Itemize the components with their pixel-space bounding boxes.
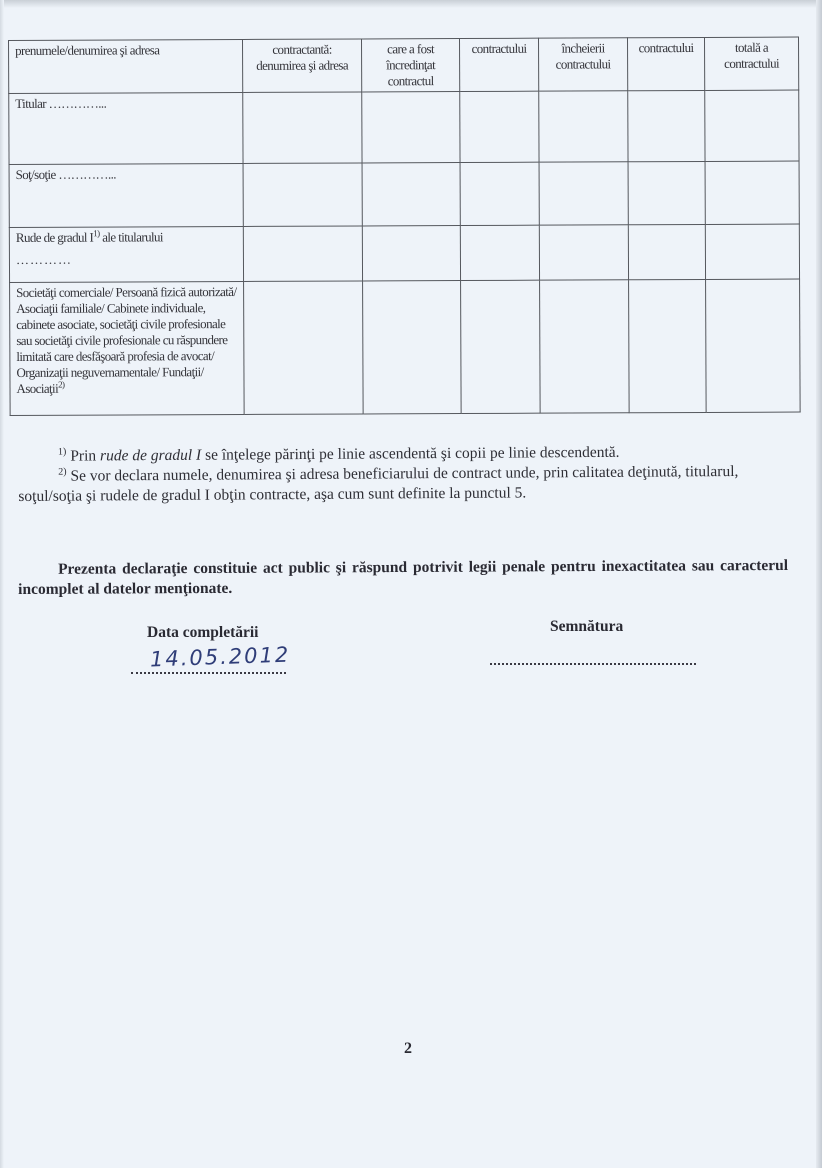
signature-dotted-line bbox=[490, 663, 696, 665]
footnote-2: 2) Se vor declara numele, denumirea şi a… bbox=[18, 462, 798, 507]
table-cell bbox=[244, 281, 364, 415]
footnote-ref-2: 2) bbox=[58, 379, 64, 389]
footnote-2-text: Se vor declara numele, denumirea şi adre… bbox=[18, 463, 738, 505]
row-label-relatives: Rude de gradul I1) ale titularului ………… bbox=[9, 226, 243, 282]
header-contract-type: contractului bbox=[459, 38, 538, 91]
header-conclusion-date: încheierii contractului bbox=[538, 38, 627, 91]
table-cell bbox=[539, 91, 628, 162]
date-label: Data completării bbox=[147, 624, 258, 642]
table-cell bbox=[628, 90, 705, 161]
footnote-1-prefix: Prin bbox=[66, 447, 100, 464]
table-cell bbox=[460, 91, 539, 162]
footnotes: 1) Prin rude de gradul I se înţelege păr… bbox=[18, 442, 798, 507]
table-cell bbox=[540, 280, 630, 413]
table-cell bbox=[460, 225, 539, 280]
row-label-companies: Societăţi comerciale/ Persoană fizică au… bbox=[10, 281, 245, 415]
table-cell bbox=[539, 162, 628, 225]
table-cell bbox=[243, 163, 362, 227]
table-cell bbox=[362, 226, 460, 281]
footnote-1-term: rude de gradul I bbox=[100, 447, 201, 465]
footnote-1-suffix: se înţelege părinţi pe linie ascendentă … bbox=[201, 444, 619, 464]
table-cell bbox=[243, 92, 362, 164]
table-cell bbox=[705, 224, 799, 279]
table-row: Soţ/soţie …………... bbox=[9, 161, 799, 227]
legal-declaration: Prezenta declaraţie constituie act publi… bbox=[18, 556, 788, 600]
table-cell bbox=[460, 162, 539, 225]
signature-label: Semnătura bbox=[550, 618, 623, 636]
table-cell bbox=[705, 161, 799, 224]
page-number: 2 bbox=[404, 1040, 412, 1058]
date-value-handwritten: 14.05.2012 bbox=[150, 643, 291, 672]
table-cell bbox=[628, 161, 705, 224]
relatives-label: Rude de gradul I bbox=[16, 230, 93, 245]
scan-edge-left bbox=[0, 0, 4, 1168]
table-row: Titular …………... bbox=[9, 90, 799, 164]
header-beneficiary: prenumele/denumirea şi adresa bbox=[9, 39, 243, 93]
table-cell bbox=[629, 279, 707, 412]
companies-label: Societăţi comerciale/ Persoană fizică au… bbox=[16, 284, 236, 396]
header-total-value: totală a contractului bbox=[704, 37, 798, 90]
row-label-titular: Titular …………... bbox=[9, 92, 243, 164]
header-contracting-institution: contractantă: denumirea şi adresa bbox=[242, 39, 361, 93]
contracts-table: prenumele/denumirea şi adresa contractan… bbox=[8, 37, 801, 416]
table-cell bbox=[363, 281, 462, 414]
table-cell bbox=[539, 225, 628, 280]
row-label-spouse: Soţ/soţie …………... bbox=[9, 163, 243, 227]
table-row: Societăţi comerciale/ Persoană fizică au… bbox=[10, 279, 801, 415]
table-row: Rude de gradul I1) ale titularului ………… bbox=[9, 224, 799, 282]
table-cell bbox=[461, 280, 541, 413]
relatives-label-suffix: ale titularului bbox=[100, 229, 163, 244]
scan-edge-top bbox=[0, 0, 822, 8]
relatives-dots: ………… bbox=[16, 251, 237, 268]
table-cell bbox=[706, 279, 801, 412]
table-cell bbox=[243, 226, 362, 282]
table-cell bbox=[628, 224, 705, 279]
table-cell bbox=[705, 90, 799, 161]
scan-edge-right bbox=[816, 0, 822, 1168]
date-dotted-line bbox=[131, 672, 286, 674]
table-cell bbox=[362, 92, 460, 163]
declaration-text: Prezenta declaraţie constituie act publi… bbox=[18, 556, 788, 600]
table-header-row: prenumele/denumirea şi adresa contractan… bbox=[9, 37, 799, 93]
header-contract-duration: contractului bbox=[627, 37, 704, 90]
header-procedure: care a fost încredinţat contractul bbox=[361, 39, 459, 92]
table-cell bbox=[362, 163, 460, 226]
